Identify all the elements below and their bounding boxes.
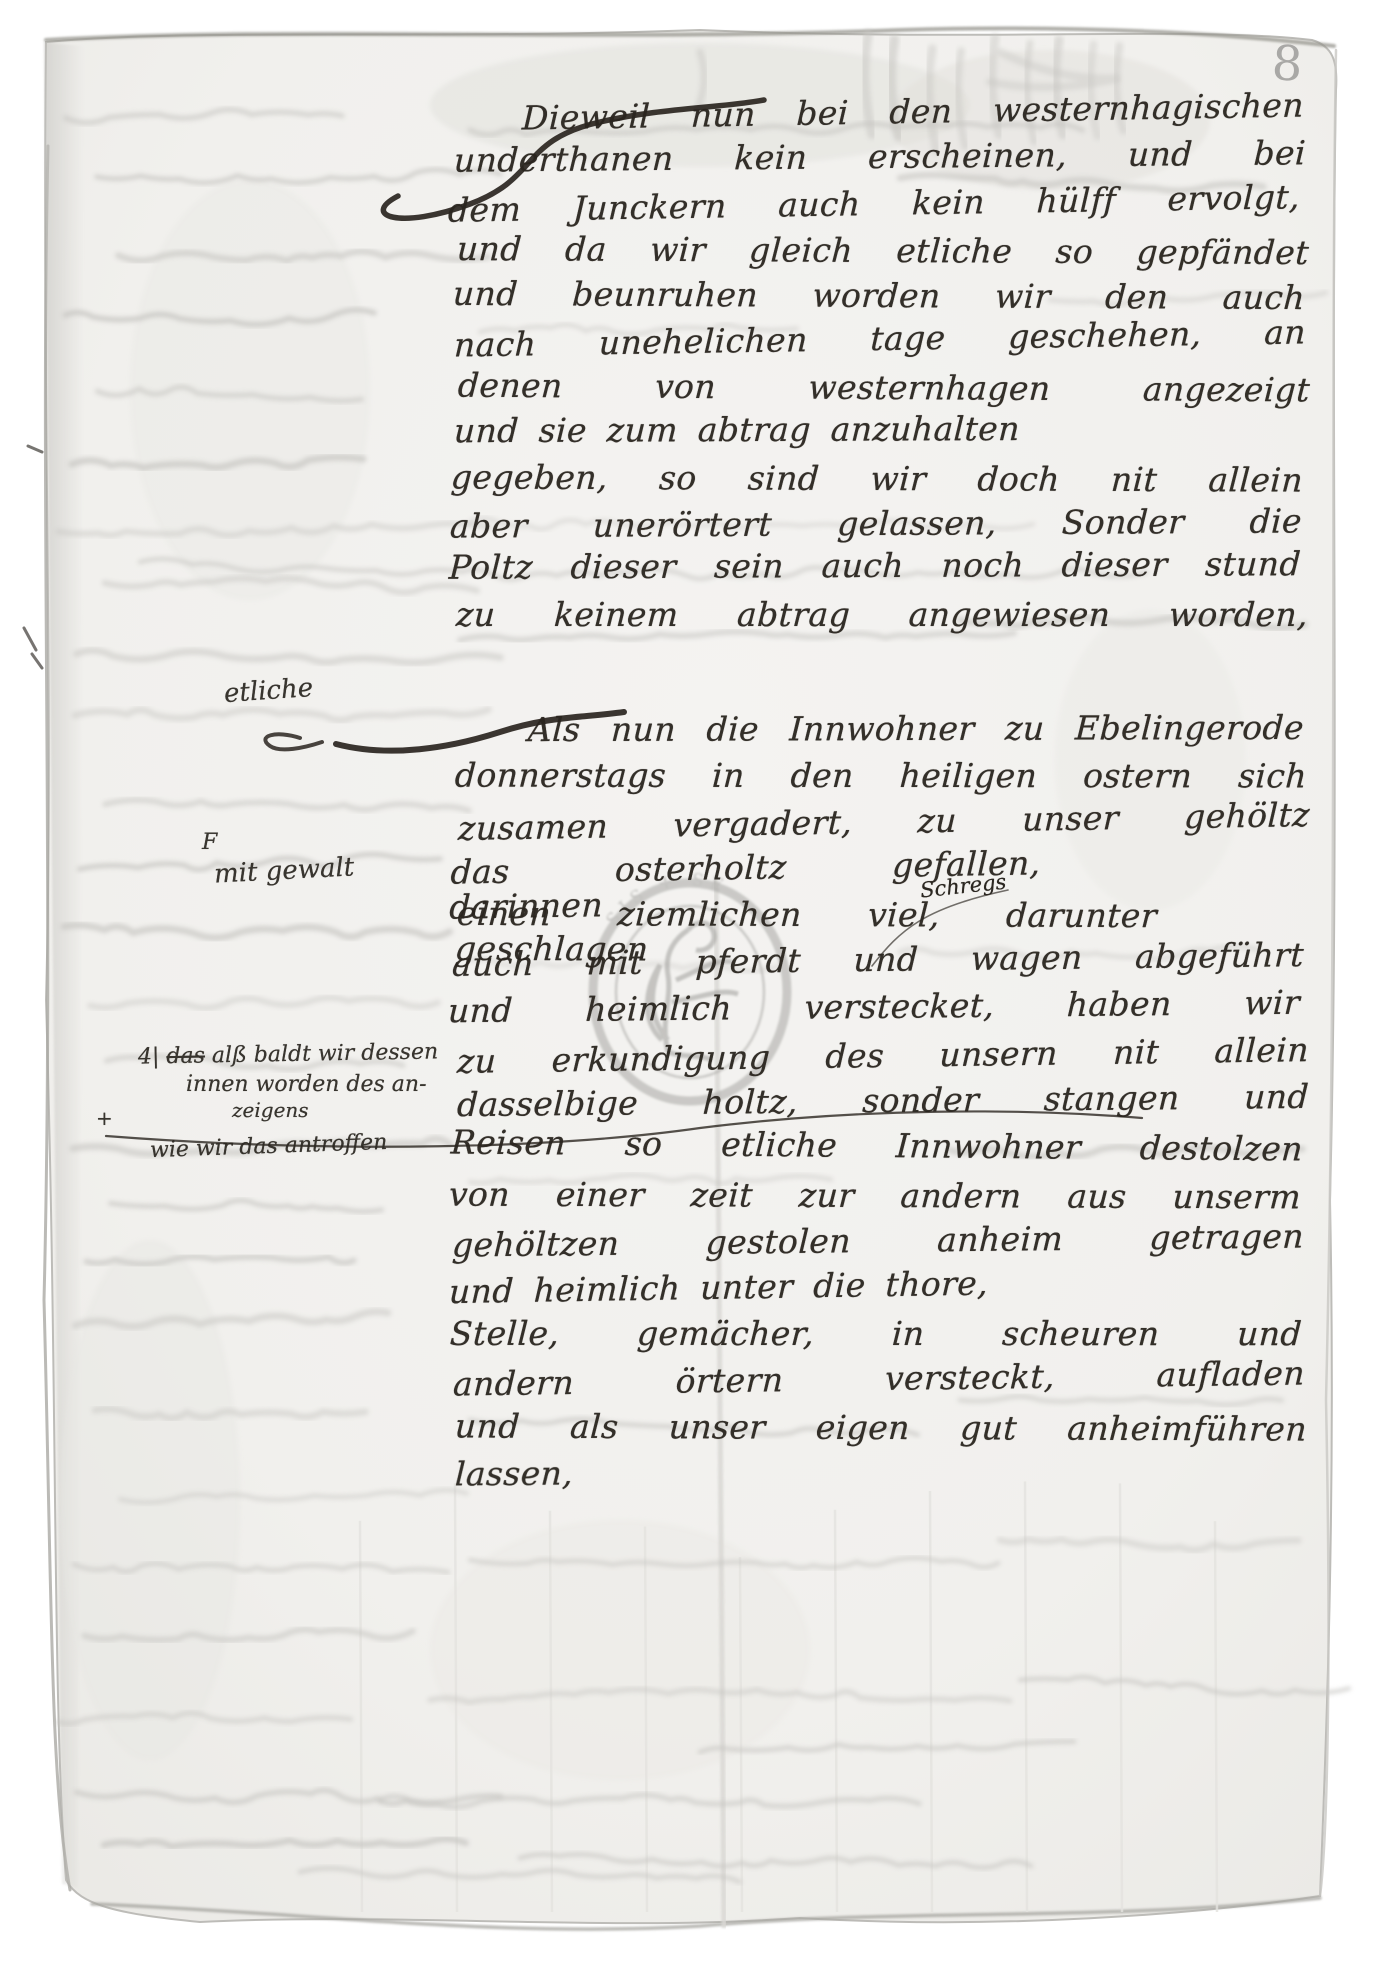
margin-note: etliche [223,673,314,709]
manuscript-line: Poltz dieser sein auch noch dieser stund [448,547,1302,585]
manuscript-line: und beunruhen worden wir den auch [452,276,1306,315]
manuscript-line: dasselbige holtz, sonder stangen und [456,1080,1309,1123]
manuscript-line: Als nun die Innwohner zu Ebelingerode [527,710,1305,747]
manuscript-line: und heimlich verstecket, haben wir [447,986,1300,1029]
manuscript-scan: { "document": { "kind": "Scanned archiva… [0,0,1376,1974]
margin-plus-mark: + [96,1106,113,1130]
margin-note: zeigens [232,1098,309,1122]
manuscript-line: von einer zeit zur andern aus unserm [448,1177,1302,1214]
manuscript-line: denen von westernhagen angezeigt [457,368,1311,407]
manuscript-line: underthanen kein erscheinen, und bei [453,137,1306,179]
manuscript-line: zu keinem abtrag angewiesen worden, [455,598,1309,633]
manuscript-line: aber unerörtert gelassen, Sonder die [449,504,1303,544]
note-prefix: 4| [138,1044,160,1069]
note-text: alß baldt wir dessen [212,1039,439,1068]
folio-number: 8 [1271,35,1304,93]
manuscript-line: und sie zum abtrag anzuhalten [453,412,1075,449]
margin-note: innen worden des an- [186,1072,427,1097]
manuscript-line: gegeben, so sind wir doch nit allein [450,460,1304,498]
manuscript-line: Stelle, gemächer, in scheuren und [450,1317,1304,1352]
manuscript-line: und da wir gleich etliche so gepfändet [456,232,1310,271]
manuscript-line: und als unser eigen gut anheimführen [454,1409,1308,1447]
manuscript-line: donnerstags in den heiligen ostern sich [454,759,1308,794]
note-struck-word: das [166,1043,205,1069]
margin-note: 4| das alß baldt wir dessen [138,1039,439,1069]
margin-note-mark: F [202,830,217,855]
manuscript-line: lassen, [454,1457,574,1493]
edge-marks [24,446,42,668]
manuscript-line: Reisen so etliche Innwohner destolzen [450,1126,1304,1168]
